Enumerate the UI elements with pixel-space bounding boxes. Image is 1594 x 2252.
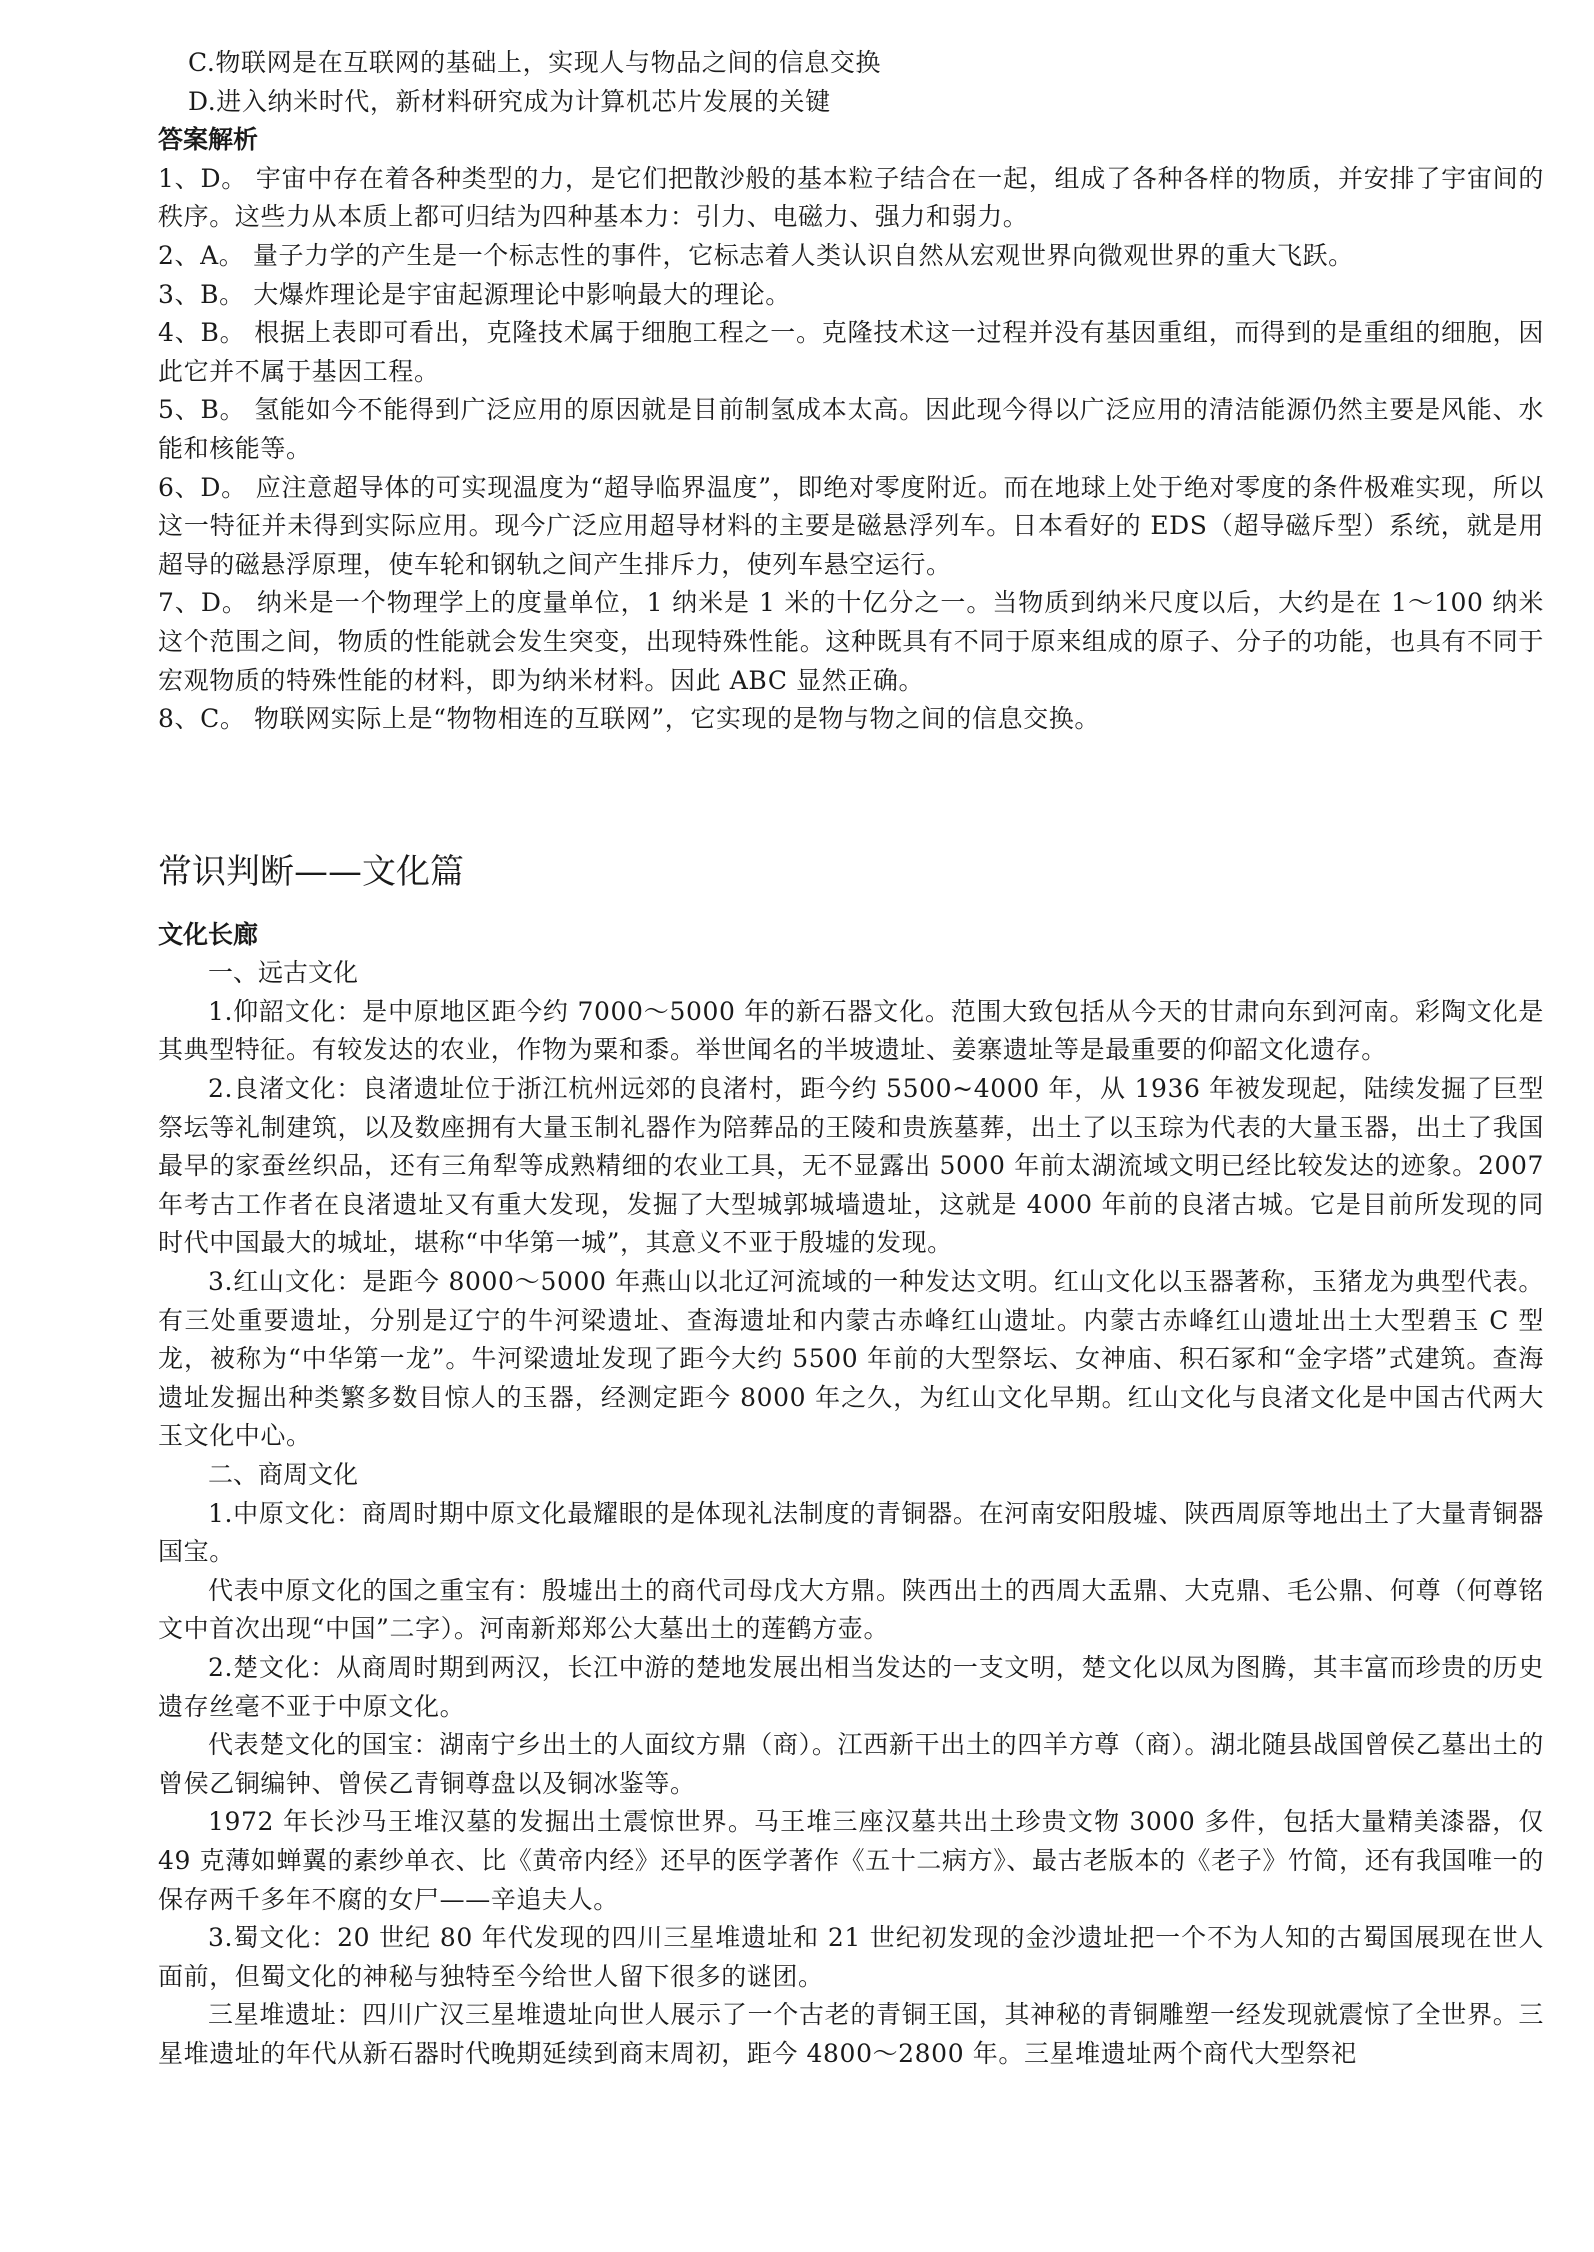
paragraph-yangshao: 1.仰韶文化：是中原地区距今约 7000～5000 年的新石器文化。范围大致包括… <box>158 993 1544 1070</box>
spacer <box>158 894 1544 916</box>
option-c: C.物联网是在互联网的基础上，实现人与物品之间的信息交换 <box>158 44 1544 83</box>
paragraph-liangzhu: 2.良渚文化：良渚遗址位于浙江杭州远郊的良渚村，距今约 5500~4000 年，… <box>158 1070 1544 1263</box>
paragraph-zhongyuan-treasures: 代表中原文化的国之重宝有：殷墟出土的商代司母戊大方鼎。陕西出土的西周大盂鼎、大克… <box>158 1572 1544 1649</box>
chapter-title: 常识判断——文化篇 <box>158 850 1544 894</box>
answer-3: 3、B。 大爆炸理论是宇宙起源理论中影响最大的理论。 <box>158 276 1544 315</box>
answer-heading: 答案解析 <box>158 121 1544 160</box>
paragraph-sanxingdui: 三星堆遗址：四川广汉三星堆遗址向世人展示了一个古老的青铜王国，其神秘的青铜雕塑一… <box>158 1996 1544 2073</box>
part-heading-ancient: 一、远古文化 <box>158 954 1544 993</box>
spacer <box>158 739 1544 850</box>
section-title: 文化长廊 <box>158 916 1544 955</box>
option-d: D.进入纳米时代，新材料研究成为计算机芯片发展的关键 <box>158 83 1544 122</box>
answer-2: 2、A。 量子力学的产生是一个标志性的事件，它标志着人类认识自然从宏观世界向微观… <box>158 237 1544 276</box>
answer-1: 1、D。 宇宙中存在着各种类型的力，是它们把散沙般的基本粒子结合在一起，组成了各… <box>158 160 1544 237</box>
part-heading-shangzhou: 二、商周文化 <box>158 1456 1544 1495</box>
answer-8: 8、C。 物联网实际上是“物物相连的互联网”，它实现的是物与物之间的信息交换。 <box>158 700 1544 739</box>
paragraph-zhongyuan: 1.中原文化：商周时期中原文化最耀眼的是体现礼法制度的青铜器。在河南安阳殷墟、陕… <box>158 1495 1544 1572</box>
paragraph-hongshan: 3.红山文化：是距今 8000～5000 年燕山以北辽河流域的一种发达文明。红山… <box>158 1263 1544 1456</box>
answer-5: 5、B。 氢能如今不能得到广泛应用的原因就是目前制氢成本太高。因此现今得以广泛应… <box>158 391 1544 468</box>
answer-6: 6、D。 应注意超导体的可实现温度为“超导临界温度”，即绝对零度附近。而在地球上… <box>158 469 1544 585</box>
paragraph-chu-treasures: 代表楚文化的国宝：湖南宁乡出土的人面纹方鼎（商）。江西新干出土的四羊方尊（商）。… <box>158 1726 1544 1803</box>
paragraph-chu: 2.楚文化：从商周时期到两汉，长江中游的楚地发展出相当发达的一支文明，楚文化以凤… <box>158 1649 1544 1726</box>
document-page: C.物联网是在互联网的基础上，实现人与物品之间的信息交换 D.进入纳米时代，新材… <box>158 44 1544 2074</box>
paragraph-shu: 3.蜀文化：20 世纪 80 年代发现的四川三星堆遗址和 21 世纪初发现的金沙… <box>158 1919 1544 1996</box>
answer-4: 4、B。 根据上表即可看出，克隆技术属于细胞工程之一。克隆技术这一过程并没有基因… <box>158 314 1544 391</box>
paragraph-mawangdui: 1972 年长沙马王堆汉墓的发掘出土震惊世界。马王堆三座汉墓共出土珍贵文物 30… <box>158 1803 1544 1919</box>
answer-7: 7、D。 纳米是一个物理学上的度量单位，1 纳米是 1 米的十亿分之一。当物质到… <box>158 584 1544 700</box>
